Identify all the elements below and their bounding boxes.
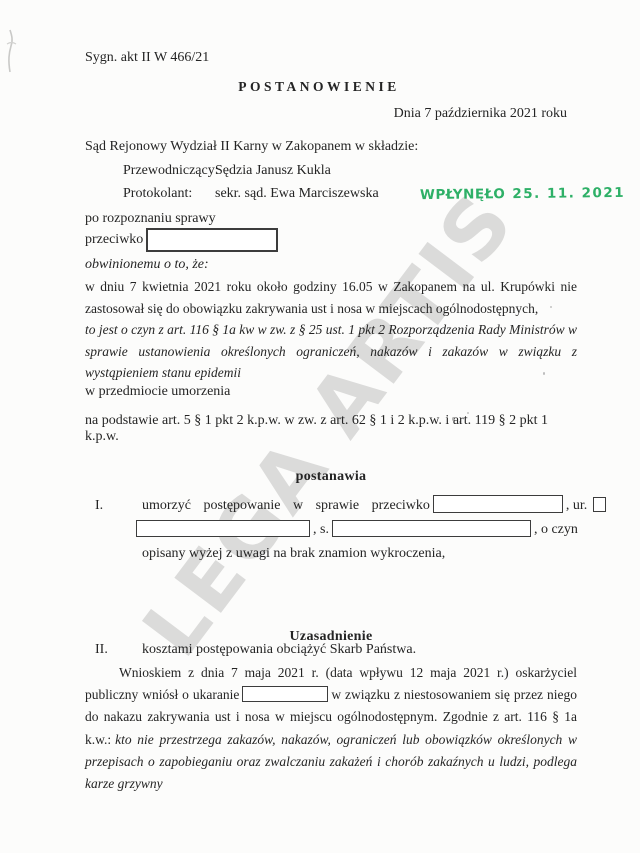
received-stamp-label: WPŁYNĘŁO <box>420 186 505 203</box>
ruling-item-1-text-4: , o czyn <box>534 522 578 537</box>
against-label: przeciwko <box>85 232 143 247</box>
statute-quote-italic: kto nie przestrzega zakazów, nakazów, og… <box>85 732 577 791</box>
clerk-label: Protokolant: <box>123 186 215 202</box>
scanned-court-decision-page: LEGA ARTIS WPŁYNĘŁO25. 11. 2021 Sygn. ak… <box>0 0 640 853</box>
presiding-judge-label: Przewodniczący: <box>123 163 215 179</box>
legal-qualification-text: to jest o czyn z art. 116 § 1a kw w zw. … <box>85 319 577 384</box>
case-number: Sygn. akt II W 466/21 <box>85 50 577 66</box>
received-stamp-date: 25. 11. 2021 <box>512 185 625 202</box>
justification-heading: Uzasadnienie <box>85 629 577 645</box>
subject-line: w przedmiocie umorzenia <box>85 384 577 400</box>
after-hearing-line: po rozpoznaniu sprawy <box>85 211 577 227</box>
ruling-item-1-text-1: umorzyć postępowanie w sprawie przeciwko <box>142 498 430 513</box>
ruling-item-1-line-2: , s., o czyn <box>136 518 634 542</box>
document-content: Sygn. akt II W 466/21 POSTANOWIENIE Dnia… <box>85 0 577 96</box>
redaction-box-birth-details <box>136 520 310 537</box>
charged-intro-line: obwinionemu o to, że: <box>85 257 577 273</box>
document-title: POSTANOWIENIE <box>73 79 565 95</box>
ruling-item-1-line-3: opisany wyżej z uwagi na brak znamion wy… <box>142 542 634 566</box>
court-composition-intro: Sąd Rejonowy Wydział II Karny w Zakopane… <box>85 139 577 155</box>
ruling-item-1-line-1: umorzyć postępowanie w sprawie przeciwko… <box>142 494 634 518</box>
legal-basis-line: na podstawie art. 5 § 1 pkt 2 k.p.w. w z… <box>85 413 577 445</box>
redaction-box-parents <box>332 520 531 537</box>
clerk-name: sekr. sąd. Ewa Marciszewska <box>215 186 379 201</box>
redaction-box-punished-name <box>242 686 328 702</box>
redaction-box-name <box>433 495 563 513</box>
presiding-judge-name: Sędzia Janusz Kukla <box>215 163 331 178</box>
against-line: przeciwko <box>85 228 577 252</box>
charge-text: w dniu 7 kwietnia 2021 roku około godzin… <box>85 276 577 319</box>
redaction-box-defendant-name <box>146 228 278 252</box>
pencil-mark <box>3 26 21 76</box>
justification-paragraph: Wnioskiem z dnia 7 maja 2021 r. (data wp… <box>85 662 577 795</box>
redaction-box-birthdate-start <box>593 497 606 512</box>
ruling-item-1-numeral: I. <box>95 494 103 518</box>
charge-section: w dniu 7 kwietnia 2021 roku około godzin… <box>85 276 577 384</box>
ruling-item-1-text-2: , ur. <box>566 498 587 513</box>
decision-date: Dnia 7 października 2021 roku <box>85 106 577 122</box>
ruling-item-1-text-3: , s. <box>313 522 329 537</box>
ruling-heading: postanawia <box>85 469 577 485</box>
ruling-item-1: I. umorzyć postępowanie w sprawie przeci… <box>85 494 634 566</box>
presiding-judge-row: Przewodniczący:Sędzia Janusz Kukla <box>85 163 615 179</box>
received-stamp: WPŁYNĘŁO25. 11. 2021 <box>420 185 625 203</box>
